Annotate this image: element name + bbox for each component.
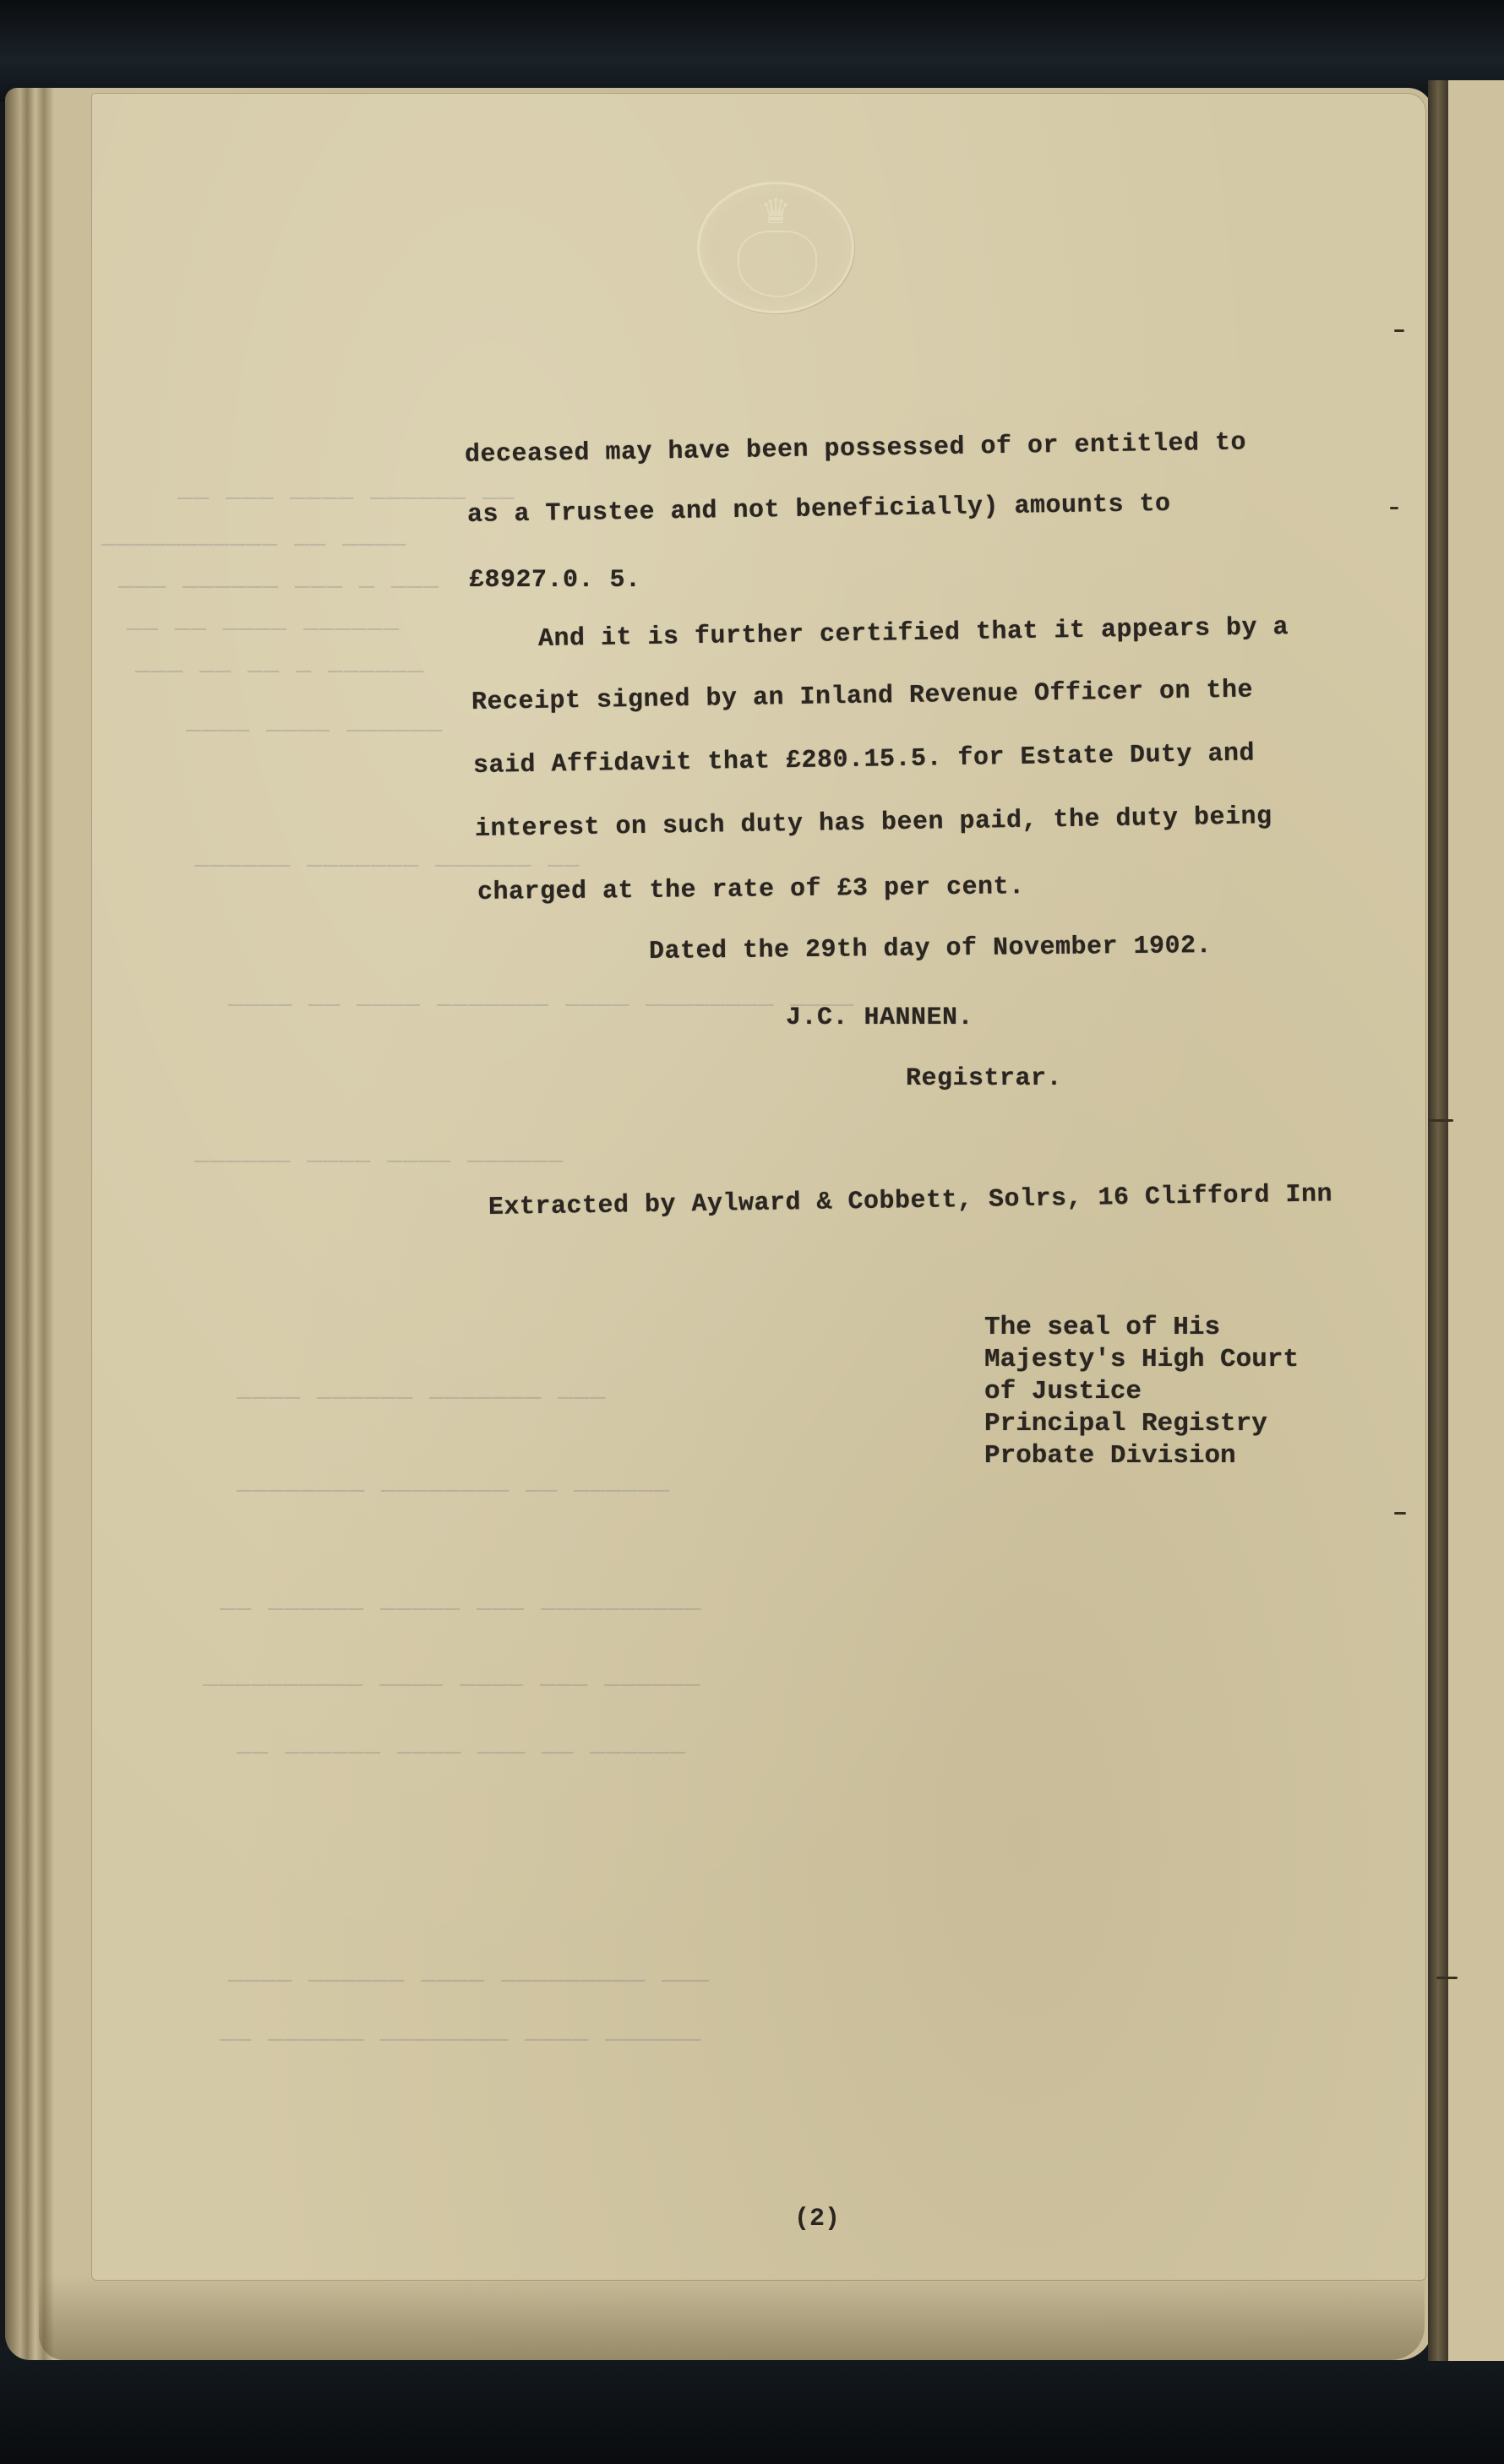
show-through-text: ── ── ──── ────── <box>127 617 400 645</box>
paper-tear-mark <box>1394 1512 1406 1515</box>
show-through-text: ──── ──── ────── <box>186 718 443 747</box>
paper-tear-mark <box>1390 507 1398 509</box>
paper-tear-mark <box>1428 1119 1453 1122</box>
book-cover-top <box>0 0 1504 101</box>
book-gutter <box>1428 80 1448 2361</box>
paper-tear-mark <box>1436 1977 1458 1979</box>
signatory-name: J.C. HANNEN. <box>786 1004 973 1032</box>
show-through-text: ── ────── ──────── ──── ────── <box>220 2027 701 2056</box>
page-number: (2) <box>794 2205 840 2233</box>
facing-page-edge <box>1448 80 1504 2361</box>
show-through-text: ──── ────── ─────── ─── <box>237 1385 606 1414</box>
seal-note-block: The seal of His Majesty's High Court of … <box>984 1312 1299 1472</box>
show-through-text: ────────── ──── ──── ─── ────── <box>203 1673 700 1701</box>
seal-note-line: The seal of His <box>984 1312 1299 1344</box>
show-through-text: ──────── ──────── ── ────── <box>237 1478 670 1507</box>
book-cover-bottom <box>0 2346 1504 2464</box>
seal-note-line: of Justice <box>984 1376 1299 1408</box>
seal-note-line: Principal Registry <box>984 1408 1299 1440</box>
show-through-text: ─── ────── ─── ─ ─── <box>118 574 439 603</box>
seal-note-line: Majesty's High Court <box>984 1344 1299 1376</box>
show-through-text: ─── ── ── ─ ────── <box>135 659 424 688</box>
date-line: Dated the 29th day of November 1902. <box>649 932 1212 966</box>
show-through-text: ── ────── ───── ─── ────────── <box>220 1596 701 1625</box>
paragraph2-line: charged at the rate of £3 per cent. <box>477 873 1025 907</box>
show-through-text: ── ─── ──── ────── ── <box>177 486 515 514</box>
paper-tear-mark <box>1394 329 1404 332</box>
show-through-text: ────── ──── ──── ────── <box>194 1149 564 1178</box>
show-through-text: ──── ────── ──── ───────── ─── <box>228 1968 710 1997</box>
signatory-title: Registrar. <box>906 1064 1062 1093</box>
seal-note-line: Probate Division <box>984 1440 1299 1472</box>
embossed-seal-icon <box>697 182 854 313</box>
show-through-text: ── ────── ──── ─── ── ────── <box>237 1740 686 1769</box>
show-through-text: ─────────── ── ──── <box>101 532 406 561</box>
show-through-text: ──── ── ──── ─────── ──── ──────── ──── <box>228 993 854 1021</box>
paragraph1-amount: £8927.0. 5. <box>469 566 641 595</box>
